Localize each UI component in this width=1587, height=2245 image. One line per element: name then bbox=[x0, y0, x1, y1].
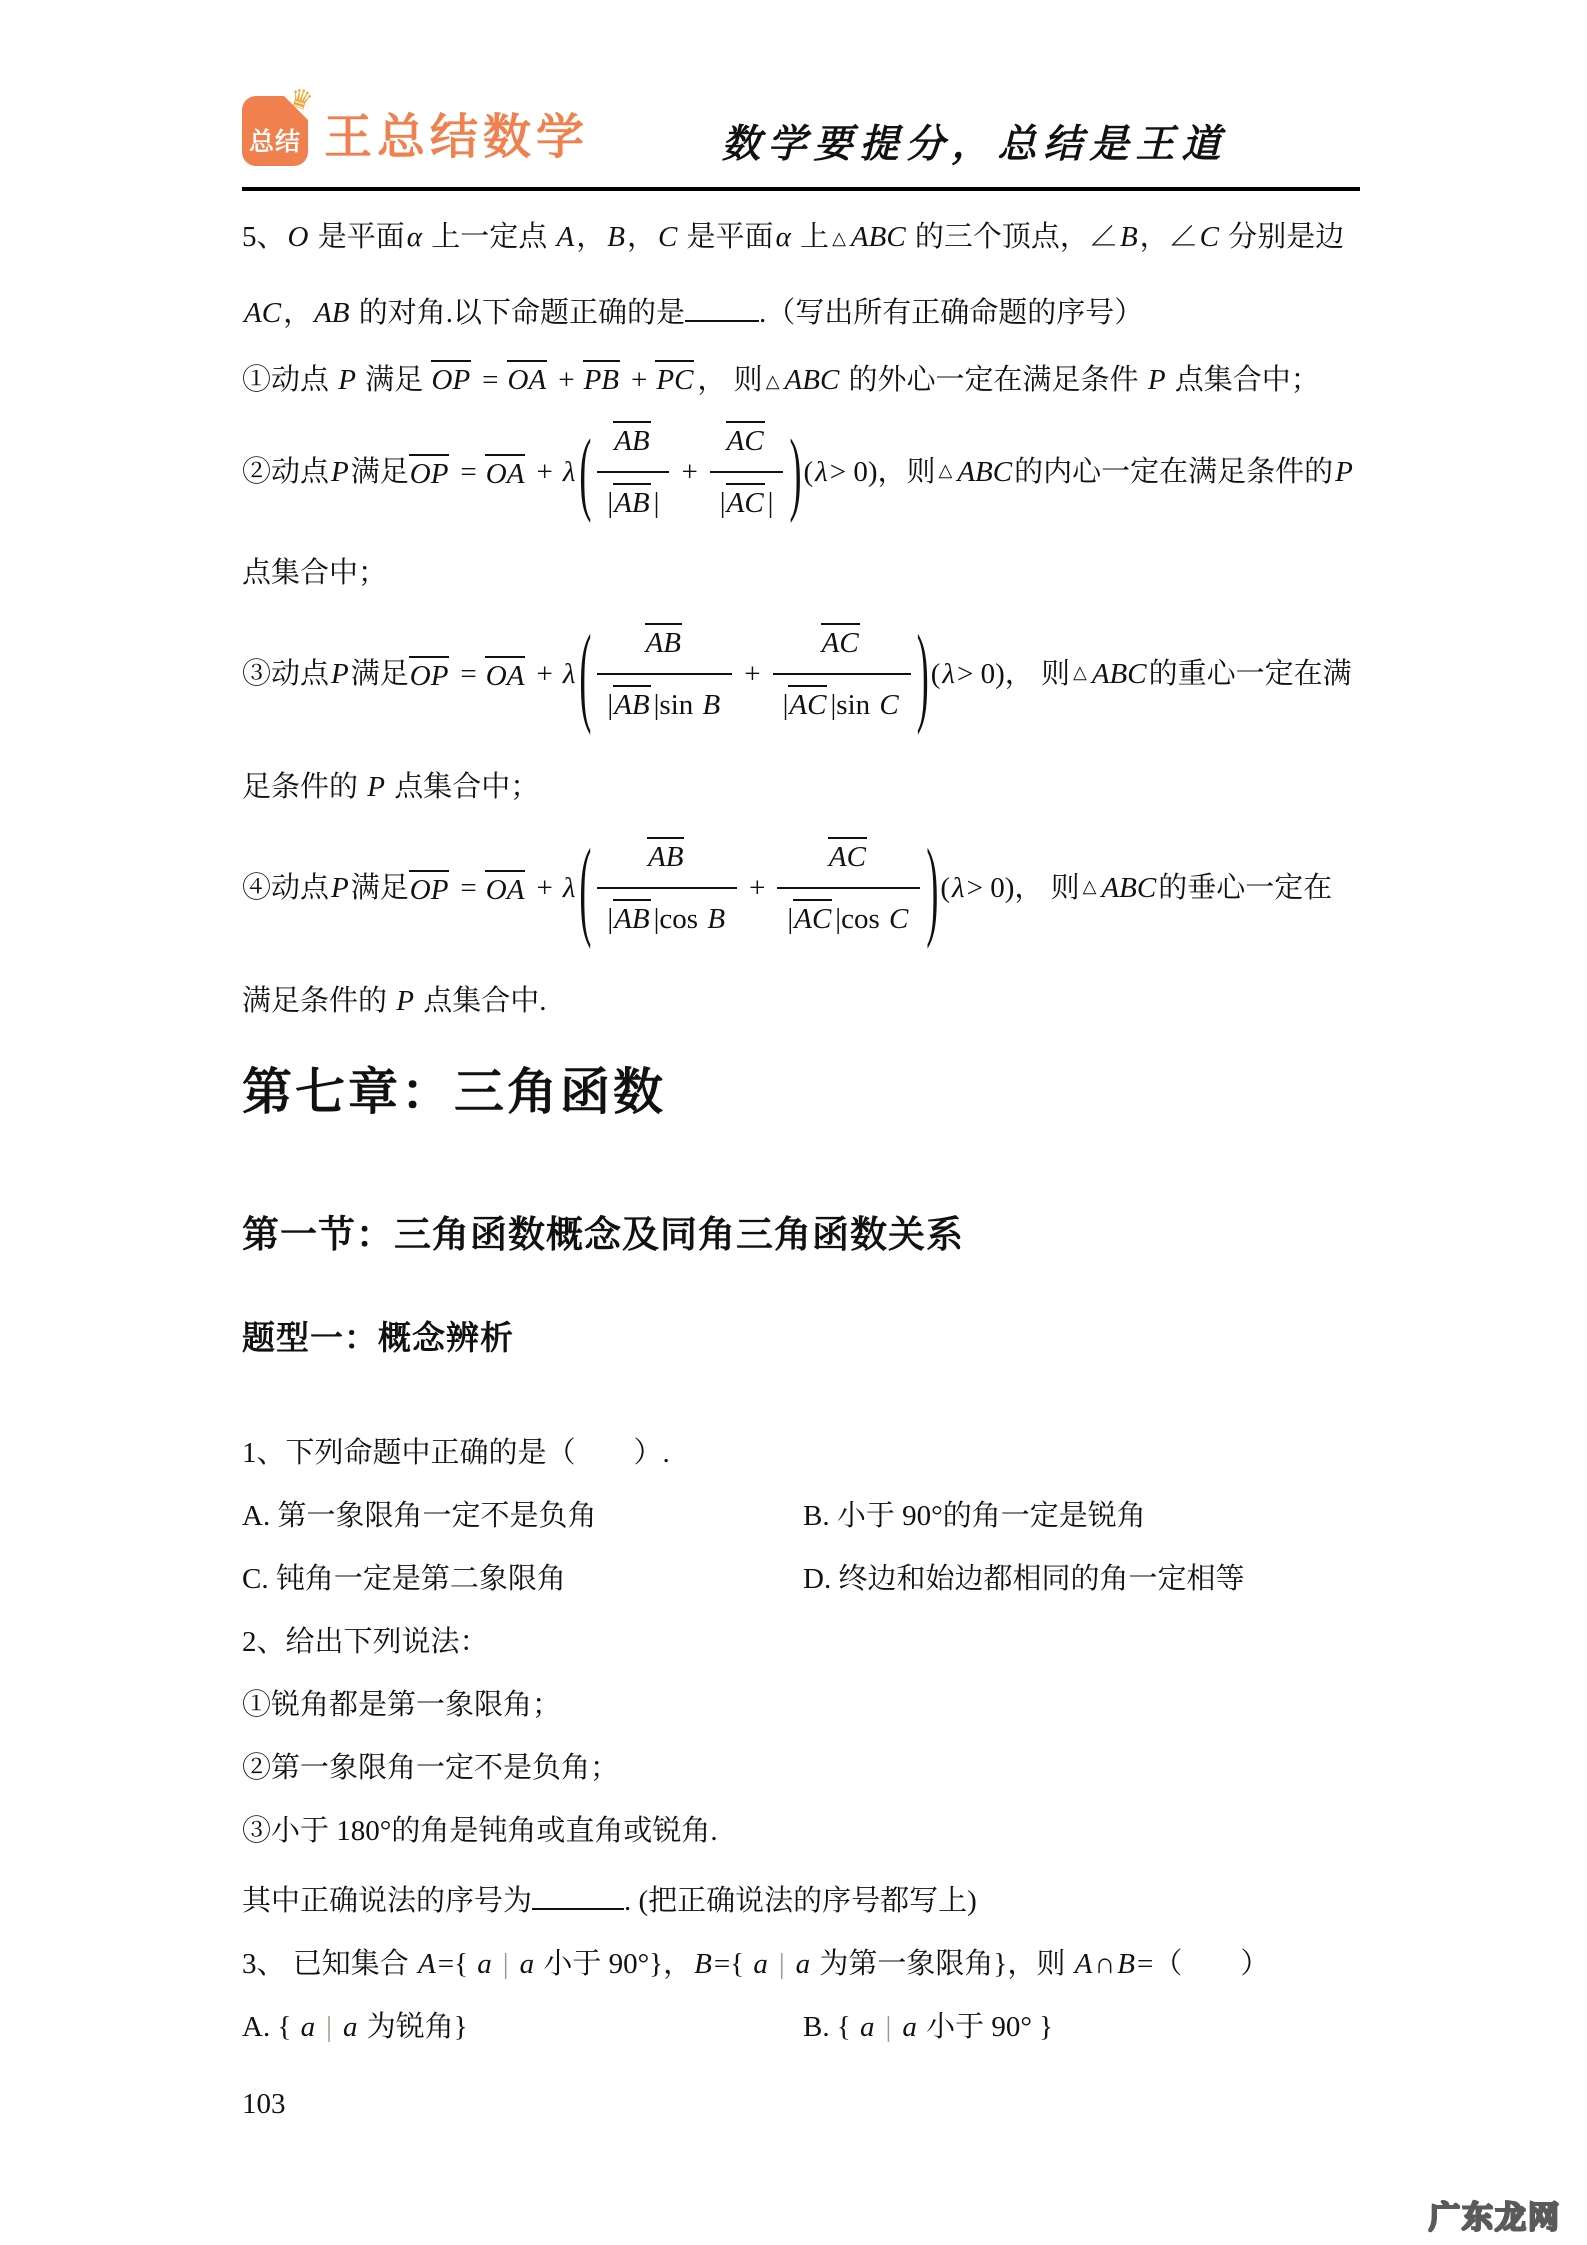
math-variable: B bbox=[705, 903, 727, 935]
math-variable: a bbox=[794, 1948, 813, 1980]
text-run: 为第一象限角}，则 bbox=[812, 1948, 1072, 1980]
text-run: ④动点 bbox=[242, 868, 329, 908]
text-run: 的三个顶点，∠ bbox=[908, 221, 1118, 253]
math-variable: P bbox=[329, 452, 351, 492]
math-variable: ABC bbox=[1099, 868, 1158, 908]
option-cell: B. 小于 90°的角一定是锐角 bbox=[803, 1496, 1146, 1536]
text-run: ( bbox=[940, 868, 950, 908]
text-run: ③小于 180°的角是钝角或直角或锐角. bbox=[242, 1815, 718, 1847]
math-variable: λ bbox=[950, 868, 967, 908]
math-variable: a bbox=[299, 2011, 318, 2043]
vector-symbol: OA bbox=[507, 359, 551, 397]
page-number: 103 bbox=[242, 2088, 286, 2121]
text-run: =（ ） bbox=[1137, 1948, 1269, 1980]
header-divider bbox=[242, 187, 1360, 191]
option-cell: D. 终边和始边都相同的角一定相等 bbox=[803, 1559, 1244, 1599]
text-run: 满足 bbox=[351, 868, 409, 908]
exercises-block: 1、下列命题中正确的是（ ）.A. 第一象限角一定不是负角B. 小于 90°的角… bbox=[242, 1433, 1360, 2047]
vector-symbol: AB bbox=[613, 898, 653, 936]
vector-symbol: AB bbox=[647, 836, 687, 874]
fraction-numerator: AC bbox=[818, 833, 880, 887]
math-variable: O bbox=[286, 221, 311, 253]
text-run: 点集合中. bbox=[416, 985, 547, 1017]
vector-symbol: OP bbox=[409, 453, 453, 491]
math-operator: + bbox=[736, 654, 768, 694]
text-run: 满足 bbox=[351, 452, 409, 492]
math-operator: = bbox=[452, 868, 484, 908]
text-run: 的重心一定在满 bbox=[1149, 654, 1352, 694]
math-variable: AB bbox=[312, 297, 351, 329]
text-run: ，则 bbox=[877, 452, 935, 492]
text-run: |cos bbox=[654, 903, 706, 935]
math-variable: λ bbox=[561, 868, 578, 908]
math-variable: P bbox=[329, 654, 351, 694]
vector-symbol: OP bbox=[409, 869, 453, 907]
math-operator: + bbox=[623, 364, 655, 396]
text-run: ， bbox=[627, 221, 656, 253]
answer-blank bbox=[685, 286, 759, 322]
math-operator: + bbox=[741, 868, 773, 908]
vector-symbol: OA bbox=[485, 453, 529, 491]
text-run: . (把正确说法的序号都写上) bbox=[624, 1885, 977, 1917]
fraction-denominator: |AB| bbox=[597, 471, 669, 527]
text-run: ， 则 bbox=[1005, 654, 1070, 694]
brand-tagline: 数学要提分，总结是王道 bbox=[589, 125, 1360, 166]
math-variable: α bbox=[405, 221, 424, 253]
set-divider-bar: | bbox=[770, 1948, 794, 1980]
text-run: 是平面 bbox=[679, 221, 773, 253]
text-run: 1、下列命题中正确的是（ ）. bbox=[242, 1437, 670, 1469]
answer-blank bbox=[532, 1874, 624, 1910]
text-run: ①动点 bbox=[242, 364, 336, 396]
set-divider-bar: | bbox=[877, 2011, 901, 2043]
p5-stem-line-2: AC，AB 的对角.以下命题正确的是.（写出所有正确命题的序号） bbox=[242, 286, 1360, 333]
math-operator: + bbox=[528, 654, 560, 694]
fraction-denominator: |AC|cos C bbox=[777, 887, 920, 943]
math-variable: B bbox=[701, 689, 723, 721]
logo-badge: ♛ 总结 bbox=[242, 96, 308, 166]
text-run: 上 bbox=[793, 221, 829, 253]
set-divider-bar: | bbox=[494, 1948, 518, 1980]
chapter-heading: 第七章：三角函数 bbox=[242, 1061, 1360, 1123]
fraction: AC|AC|cos C bbox=[777, 833, 920, 943]
text-run: ={ bbox=[438, 1948, 476, 1980]
problem-5-block: 5、O 是平面α 上一定点 A，B，C 是平面α 上△ABC 的三个顶点，∠B，… bbox=[242, 217, 1360, 1021]
text-run: 是平面 bbox=[310, 221, 404, 253]
math-operator: + bbox=[528, 868, 560, 908]
option-cell: A. { a|a 为锐角} bbox=[242, 2007, 803, 2047]
vector-symbol: AB bbox=[613, 482, 653, 520]
math-variable: a bbox=[518, 1948, 537, 1980]
text-run: ， bbox=[576, 221, 605, 253]
text-run: ，∠ bbox=[1140, 221, 1198, 253]
page: ♛ 总结 王总结数学 数学要提分，总结是王道 5、O 是平面α 上一定点 A，B… bbox=[0, 0, 1587, 2245]
text-run: 2、给出下列说法： bbox=[242, 1626, 489, 1658]
vector-symbol: AB bbox=[613, 684, 653, 722]
q3-options-ab: A. { a|a 为锐角}B. { a|a 小于 90° } bbox=[242, 2007, 1360, 2047]
math-variable: AC bbox=[242, 297, 283, 329]
math-variable: P bbox=[336, 364, 358, 396]
triangle-icon: △ bbox=[763, 361, 783, 401]
p5-item-4: ④动点 P 满足 OP=OA+λ(AB|AB|cos B+AC|AC|cos C… bbox=[242, 821, 1360, 955]
text-run: 满足 bbox=[358, 364, 431, 396]
big-paren: ) bbox=[924, 826, 940, 950]
vector-symbol: AC bbox=[828, 836, 870, 874]
text-run: 满足条件的 bbox=[242, 985, 394, 1017]
text-run: ③动点 bbox=[242, 654, 329, 694]
text-run: A. 第一象限角一定不是负角 bbox=[242, 1500, 596, 1532]
fraction-denominator: |AC| bbox=[710, 471, 784, 527]
vector-symbol: AC bbox=[726, 482, 768, 520]
fraction: AC|AC| bbox=[710, 417, 784, 527]
p5-stem-line-1: 5、O 是平面α 上一定点 A，B，C 是平面α 上△ABC 的三个顶点，∠B，… bbox=[242, 217, 1360, 260]
q2-item-1: ①锐角都是第一象限角； bbox=[242, 1685, 1360, 1725]
math-variable: C bbox=[656, 221, 679, 253]
header: ♛ 总结 王总结数学 数学要提分，总结是王道 bbox=[242, 0, 1360, 166]
math-variable: A bbox=[1073, 1948, 1095, 1980]
text-run: ①锐角都是第一象限角； bbox=[242, 1689, 561, 1721]
big-paren: ( bbox=[577, 420, 593, 524]
text-run: 足条件的 bbox=[242, 771, 365, 803]
text-run: B. 小于 90°的角一定是锐角 bbox=[803, 1500, 1146, 1532]
math-variable: ABC bbox=[955, 452, 1014, 492]
math-variable: P bbox=[329, 868, 351, 908]
vector-symbol: AB bbox=[645, 622, 685, 660]
text-run: ， 则 bbox=[1014, 868, 1079, 908]
fraction: AB|AB| bbox=[597, 417, 669, 527]
p5-item-3: ③动点 P 满足 OP=OA+λ(AB|AB|sin B+AC|AC|sin C… bbox=[242, 607, 1360, 741]
text-run: 分别是边 bbox=[1221, 221, 1344, 253]
q2-answer: 其中正确说法的序号为. (把正确说法的序号都写上) bbox=[242, 1874, 1360, 1921]
fraction: AC|AC|sin C bbox=[773, 619, 911, 729]
brand-logo: ♛ 总结 王总结数学 bbox=[242, 96, 589, 166]
math-variable: ABC bbox=[849, 221, 908, 253]
math-variable: λ bbox=[813, 452, 830, 492]
text-run: 的内心一定在满足条件的 bbox=[1014, 452, 1333, 492]
vector-symbol: AC bbox=[793, 898, 835, 936]
text-run: ( bbox=[803, 452, 813, 492]
triangle-icon: △ bbox=[936, 450, 956, 490]
math-variable: C bbox=[1198, 221, 1221, 253]
text-run: ( bbox=[931, 654, 941, 694]
fraction-numerator: AC bbox=[811, 619, 873, 673]
vector-symbol: AB bbox=[613, 420, 653, 458]
text-run: 其中正确说法的序号为 bbox=[242, 1885, 532, 1917]
math-variable: P bbox=[1146, 364, 1168, 396]
vector-symbol: OA bbox=[485, 869, 529, 907]
text-run: 3、 已知集合 bbox=[242, 1948, 416, 1980]
text-run: 上一定点 bbox=[424, 221, 555, 253]
text-run: 的外心一定在满足条件 bbox=[841, 364, 1146, 396]
text-run: > 0) bbox=[957, 654, 1005, 694]
q2-stem: 2、给出下列说法： bbox=[242, 1622, 1360, 1662]
math-variable: P bbox=[1333, 452, 1355, 492]
q3-stem: 3、 已知集合 A={ a|a 小于 90°}，B={ a|a 为第一象限角}，… bbox=[242, 1944, 1360, 1984]
math-variable: ABC bbox=[783, 364, 842, 396]
fraction-numerator: AB bbox=[603, 417, 663, 471]
big-paren: ( bbox=[577, 826, 593, 950]
q1-options-cd: C. 钝角一定是第二象限角D. 终边和始边都相同的角一定相等 bbox=[242, 1559, 1360, 1599]
section-heading: 第一节：三角函数概念及同角三角函数关系 bbox=[242, 1211, 1360, 1259]
math-variable: C bbox=[877, 689, 900, 721]
set-divider-bar: | bbox=[317, 2011, 341, 2043]
vector-symbol: OA bbox=[485, 655, 529, 693]
text-run: 小于 90°}， bbox=[536, 1948, 692, 1980]
fraction-denominator: |AC|sin C bbox=[773, 673, 911, 729]
text-run: 的对角.以下命题正确的是 bbox=[352, 297, 686, 329]
p5-item-4-cont: 满足条件的 P 点集合中. bbox=[242, 981, 1360, 1021]
math-variable: P bbox=[394, 985, 416, 1017]
math-variable: P bbox=[365, 771, 387, 803]
text-run: 点集合中； bbox=[1168, 364, 1320, 396]
text-run: .（写出所有正确命题的序号） bbox=[759, 297, 1143, 329]
text-run: 满足 bbox=[351, 654, 409, 694]
triangle-icon: △ bbox=[1070, 652, 1090, 692]
big-paren: ( bbox=[577, 612, 593, 736]
p5-item-3-cont: 足条件的 P 点集合中； bbox=[242, 767, 1360, 807]
fraction: AB|AB|cos B bbox=[597, 833, 737, 943]
p5-item-2: ②动点 P 满足 OP=OA+λ(AB|AB|+AC|AC|)(λ > 0)，则… bbox=[242, 417, 1360, 527]
math-operator: = bbox=[474, 364, 506, 396]
triangle-icon: △ bbox=[829, 218, 849, 258]
p5-item-1: ①动点 P 满足 OP=OA+PB+PC， 则△ABC 的外心一定在满足条件 P… bbox=[242, 359, 1360, 403]
math-variable: λ bbox=[940, 654, 957, 694]
text-run: 点集合中； bbox=[242, 557, 387, 589]
q2-item-2: ②第一象限角一定不是负角； bbox=[242, 1748, 1360, 1788]
watermark: 广东龙网 bbox=[1429, 2192, 1561, 2237]
option-cell: A. 第一象限角一定不是负角 bbox=[242, 1496, 803, 1536]
triangle-icon: △ bbox=[1080, 866, 1100, 906]
vector-symbol: AC bbox=[821, 622, 863, 660]
math-variable: a bbox=[475, 1948, 494, 1980]
q2-item-3: ③小于 180°的角是钝角或直角或锐角. bbox=[242, 1811, 1360, 1851]
math-variable: C bbox=[887, 903, 910, 935]
fraction-denominator: |AB|sin B bbox=[597, 673, 732, 729]
math-variable: B bbox=[1118, 221, 1140, 253]
text-run: | bbox=[654, 487, 660, 519]
fraction-numerator: AC bbox=[716, 417, 778, 471]
text-run: D. 终边和始边都相同的角一定相等 bbox=[803, 1563, 1244, 1595]
fraction-denominator: |AB|cos B bbox=[597, 887, 737, 943]
math-variable: a bbox=[858, 2011, 877, 2043]
text-run: |sin bbox=[830, 689, 877, 721]
vector-symbol: PC bbox=[655, 359, 697, 397]
vector-symbol: OP bbox=[409, 655, 453, 693]
math-variable: B bbox=[605, 221, 627, 253]
vector-symbol: PB bbox=[583, 359, 623, 397]
text-run: ②第一象限角一定不是负角； bbox=[242, 1752, 619, 1784]
math-variable: a bbox=[900, 2011, 919, 2043]
math-operator: + bbox=[528, 452, 560, 492]
big-paren: ) bbox=[787, 420, 803, 524]
text-run: 的垂心一定在 bbox=[1158, 868, 1332, 908]
math-operator: = bbox=[452, 654, 484, 694]
math-operator: = bbox=[452, 452, 484, 492]
text-run: ， bbox=[283, 297, 312, 329]
math-variable: B bbox=[1115, 1948, 1137, 1980]
math-variable: λ bbox=[561, 654, 578, 694]
math-operator: + bbox=[673, 452, 705, 492]
text-run: C. 钝角一定是第二象限角 bbox=[242, 1563, 566, 1595]
text-run: A. { bbox=[242, 2011, 299, 2043]
p5-item-2-cont: 点集合中； bbox=[242, 553, 1360, 593]
q1-stem: 1、下列命题中正确的是（ ）. bbox=[242, 1433, 1360, 1473]
text-run: ={ bbox=[714, 1948, 752, 1980]
text-run: |sin bbox=[654, 689, 701, 721]
vector-symbol: AC bbox=[788, 684, 830, 722]
text-run: > 0) bbox=[830, 452, 878, 492]
math-variable: A bbox=[554, 221, 576, 253]
fraction: AB|AB|sin B bbox=[597, 619, 732, 729]
text-run: 5、 bbox=[242, 221, 286, 253]
math-operator: + bbox=[550, 364, 582, 396]
text-run: ②动点 bbox=[242, 452, 329, 492]
text-run: 点集合中； bbox=[387, 771, 539, 803]
fraction-numerator: AB bbox=[637, 833, 697, 887]
crown-icon: ♛ bbox=[285, 84, 315, 116]
option-cell: B. { a|a 小于 90° } bbox=[803, 2007, 1053, 2047]
fraction-numerator: AB bbox=[635, 619, 695, 673]
text-run: ∩ bbox=[1094, 1948, 1115, 1980]
text-run: ， 则 bbox=[697, 364, 762, 396]
math-variable: α bbox=[774, 221, 793, 253]
math-variable: ABC bbox=[1090, 654, 1149, 694]
option-cell: C. 钝角一定是第二象限角 bbox=[242, 1559, 803, 1599]
text-run: > 0) bbox=[967, 868, 1015, 908]
text-run: | bbox=[768, 487, 774, 519]
math-variable: a bbox=[341, 2011, 360, 2043]
math-variable: λ bbox=[561, 452, 578, 492]
text-run: B. { bbox=[803, 2011, 858, 2043]
topic-heading: 题型一：概念辨析 bbox=[242, 1317, 1360, 1359]
q1-options-ab: A. 第一象限角一定不是负角B. 小于 90°的角一定是锐角 bbox=[242, 1496, 1360, 1536]
logo-wordmark: 王总结数学 bbox=[324, 114, 589, 166]
math-variable: A bbox=[416, 1948, 438, 1980]
vector-symbol: OP bbox=[431, 359, 475, 397]
math-variable: B bbox=[692, 1948, 714, 1980]
big-paren: ) bbox=[915, 612, 931, 736]
vector-symbol: AC bbox=[726, 420, 768, 458]
text-run: 小于 90° } bbox=[919, 2011, 1053, 2043]
text-run: |cos bbox=[835, 903, 887, 935]
logo-badge-text: 总结 bbox=[249, 122, 301, 166]
text-run: 为锐角} bbox=[359, 2011, 467, 2043]
math-variable: a bbox=[751, 1948, 770, 1980]
